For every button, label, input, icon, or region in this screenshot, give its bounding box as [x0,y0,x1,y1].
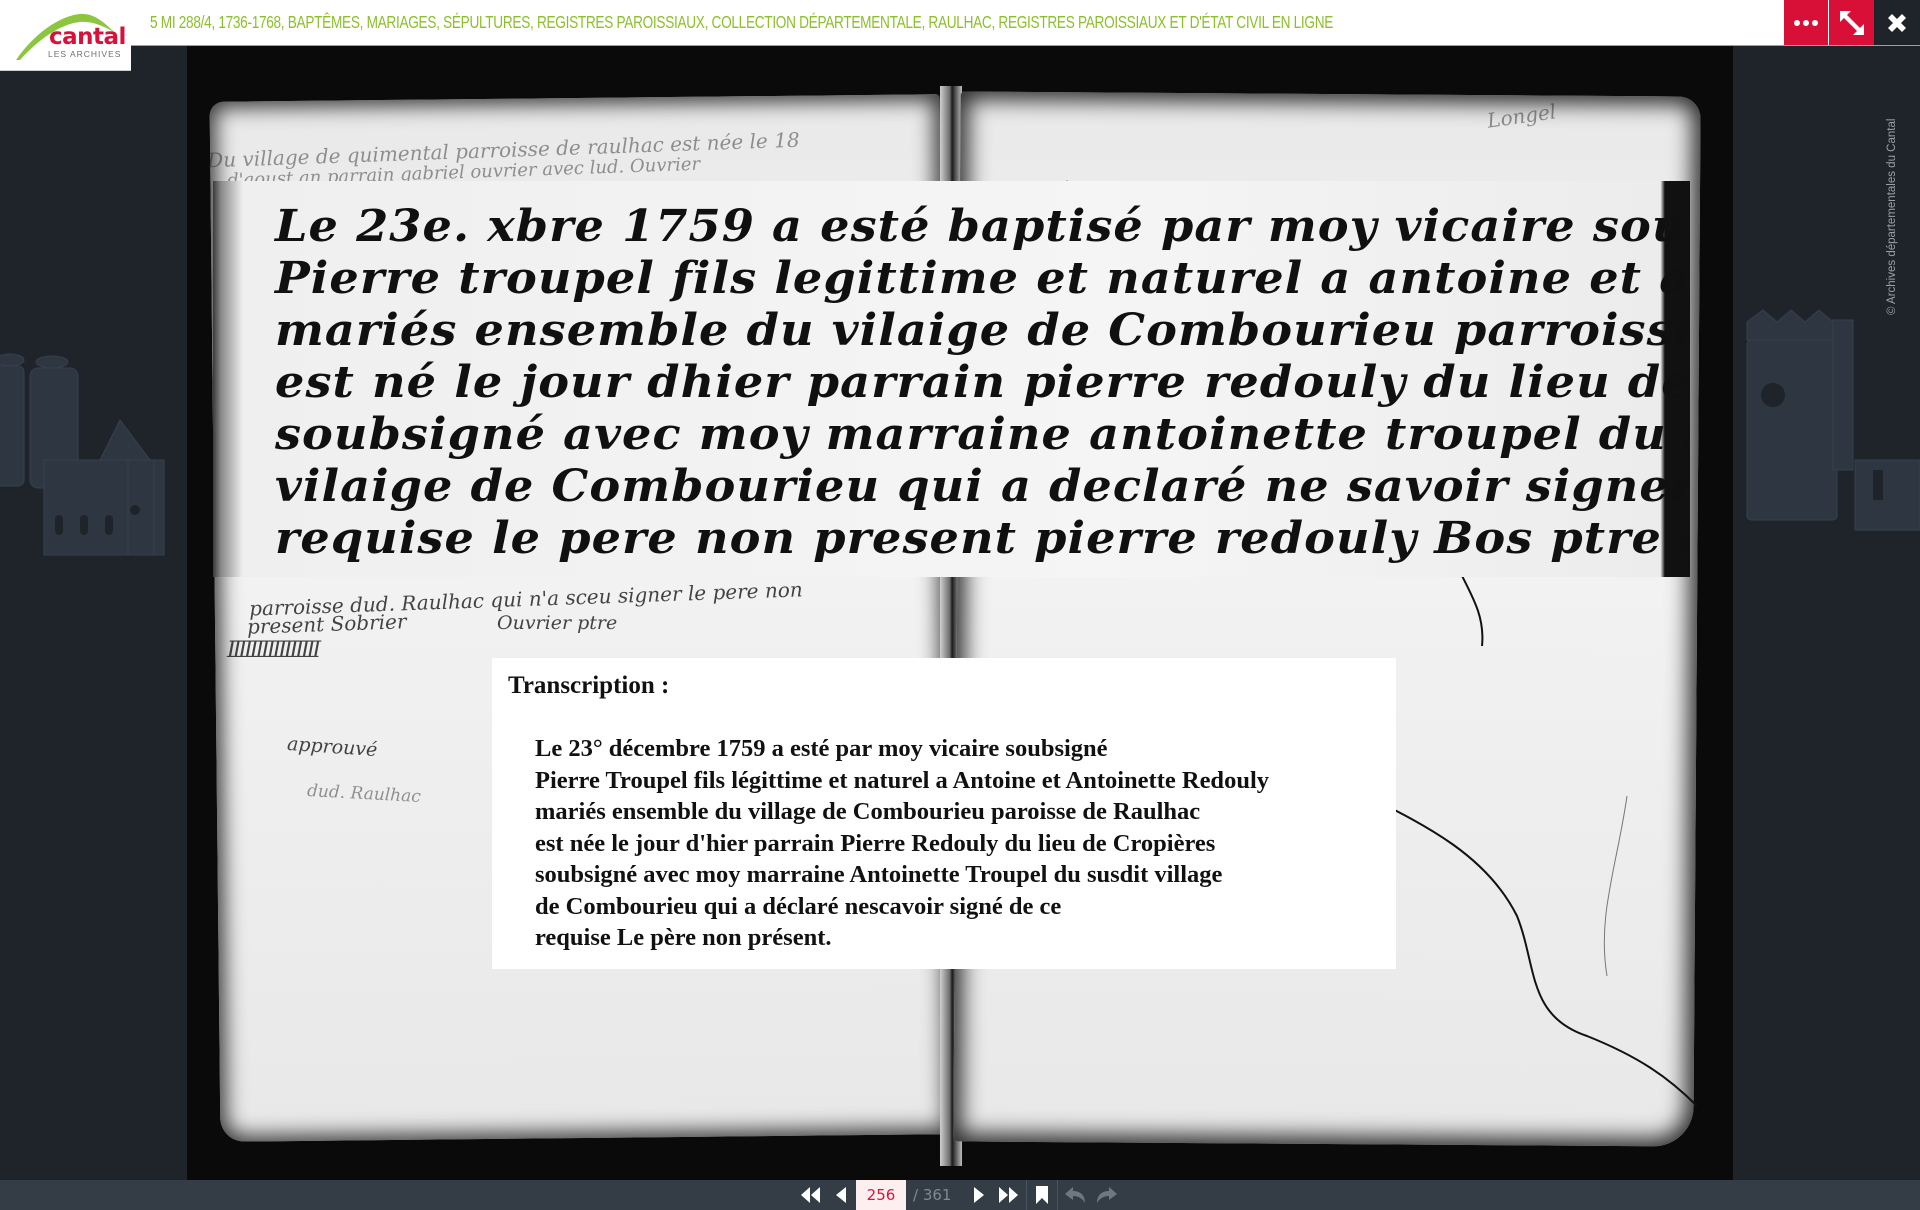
copyright-notice: © Archives départementales du Cantal [1886,119,1898,315]
handwriting-line: vilaige de Combourieu qui a declaré ne s… [275,461,1690,512]
transcription-line: soubsigné avec moy marraine Antoinette T… [535,859,1269,891]
last-page-button[interactable] [994,1180,1024,1210]
more-dots-icon [1794,20,1818,26]
handwriting-line: Pierre troupel fils legittime et naturel… [275,253,1690,304]
last-page-icon [998,1185,1020,1205]
document-title: 5 MI 288/4, 1736-1768, BAPTÊMES, MARIAGE… [150,10,1367,35]
handwriting-zoom-overlay: Le 23e. xbre 1759 a esté baptisé par moy… [213,181,1690,577]
more-options-button[interactable] [1784,0,1828,45]
close-x-icon [1884,10,1910,36]
logo-subtitle: LES ARCHIVES [48,50,121,59]
cantal-archives-logo[interactable]: cantal LES ARCHIVES [0,0,131,70]
redo-button[interactable] [1092,1180,1122,1210]
next-page-button[interactable] [966,1180,992,1210]
next-page-icon [972,1185,986,1205]
handwriting-line: requise le pere non present pierre redou… [275,513,1690,564]
undo-button[interactable] [1060,1180,1090,1210]
transcription-line: Le 23° décembre 1759 a esté par moy vica… [535,733,1269,765]
previous-page-button[interactable] [828,1180,854,1210]
handwriting-line: mariés ensemble du vilaige de Combourieu… [275,305,1690,356]
right-watermark-illustration [1733,300,1920,560]
transcription-text: Le 23° décembre 1759 a esté par moy vica… [535,733,1269,954]
page-total-count: / 361 [913,1186,951,1204]
redo-icon [1095,1185,1119,1205]
transcription-line: de Combourieu qui a déclaré nescavoir si… [535,891,1269,923]
close-viewer-button[interactable] [1874,0,1920,45]
handwriting-line: est né le jour dhier parrain pierre redo… [275,357,1690,408]
transcription-line: mariés ensemble du village de Combourieu… [535,796,1269,828]
handwriting-line: Le 23e. xbre 1759 a esté baptisé par moy… [275,201,1690,252]
page-number-input[interactable] [856,1180,906,1210]
fullscreen-button[interactable] [1829,0,1874,45]
previous-page-icon [834,1185,848,1205]
transcription-title: Transcription : [508,672,669,700]
first-page-button[interactable] [796,1180,826,1210]
toolbar-separator [1057,1180,1058,1210]
logo-wordmark: cantal [49,26,126,49]
transcription-panel: Transcription : Le 23° décembre 1759 a e… [492,658,1396,969]
header-bar: 5 MI 288/4, 1736-1768, BAPTÊMES, MARIAGE… [0,0,1920,46]
first-page-icon [800,1185,822,1205]
transcription-line: Pierre Troupel fils légittime et naturel… [535,765,1269,797]
ink-line-strokes [1367,566,1727,1106]
toolbar-separator [1026,1180,1027,1210]
navigation-toolbar: / 361 [0,1180,1920,1210]
handwriting-fragment: Ouvrier ptre [497,612,617,634]
undo-icon [1063,1185,1087,1205]
transcription-line: requise Le père non présent. [535,922,1269,954]
handwriting-line: soubsigné avec moy marraine antoinette t… [275,409,1690,460]
handwriting-fragment: IIIIIIIIIIIIIIII [227,638,318,663]
transcription-line: est née le jour d'hier parrain Pierre Re… [535,828,1269,860]
bookmark-icon [1035,1185,1049,1205]
expand-arrows-icon [1837,8,1867,38]
bookmark-button[interactable] [1028,1180,1056,1210]
left-watermark-illustration [0,320,187,570]
